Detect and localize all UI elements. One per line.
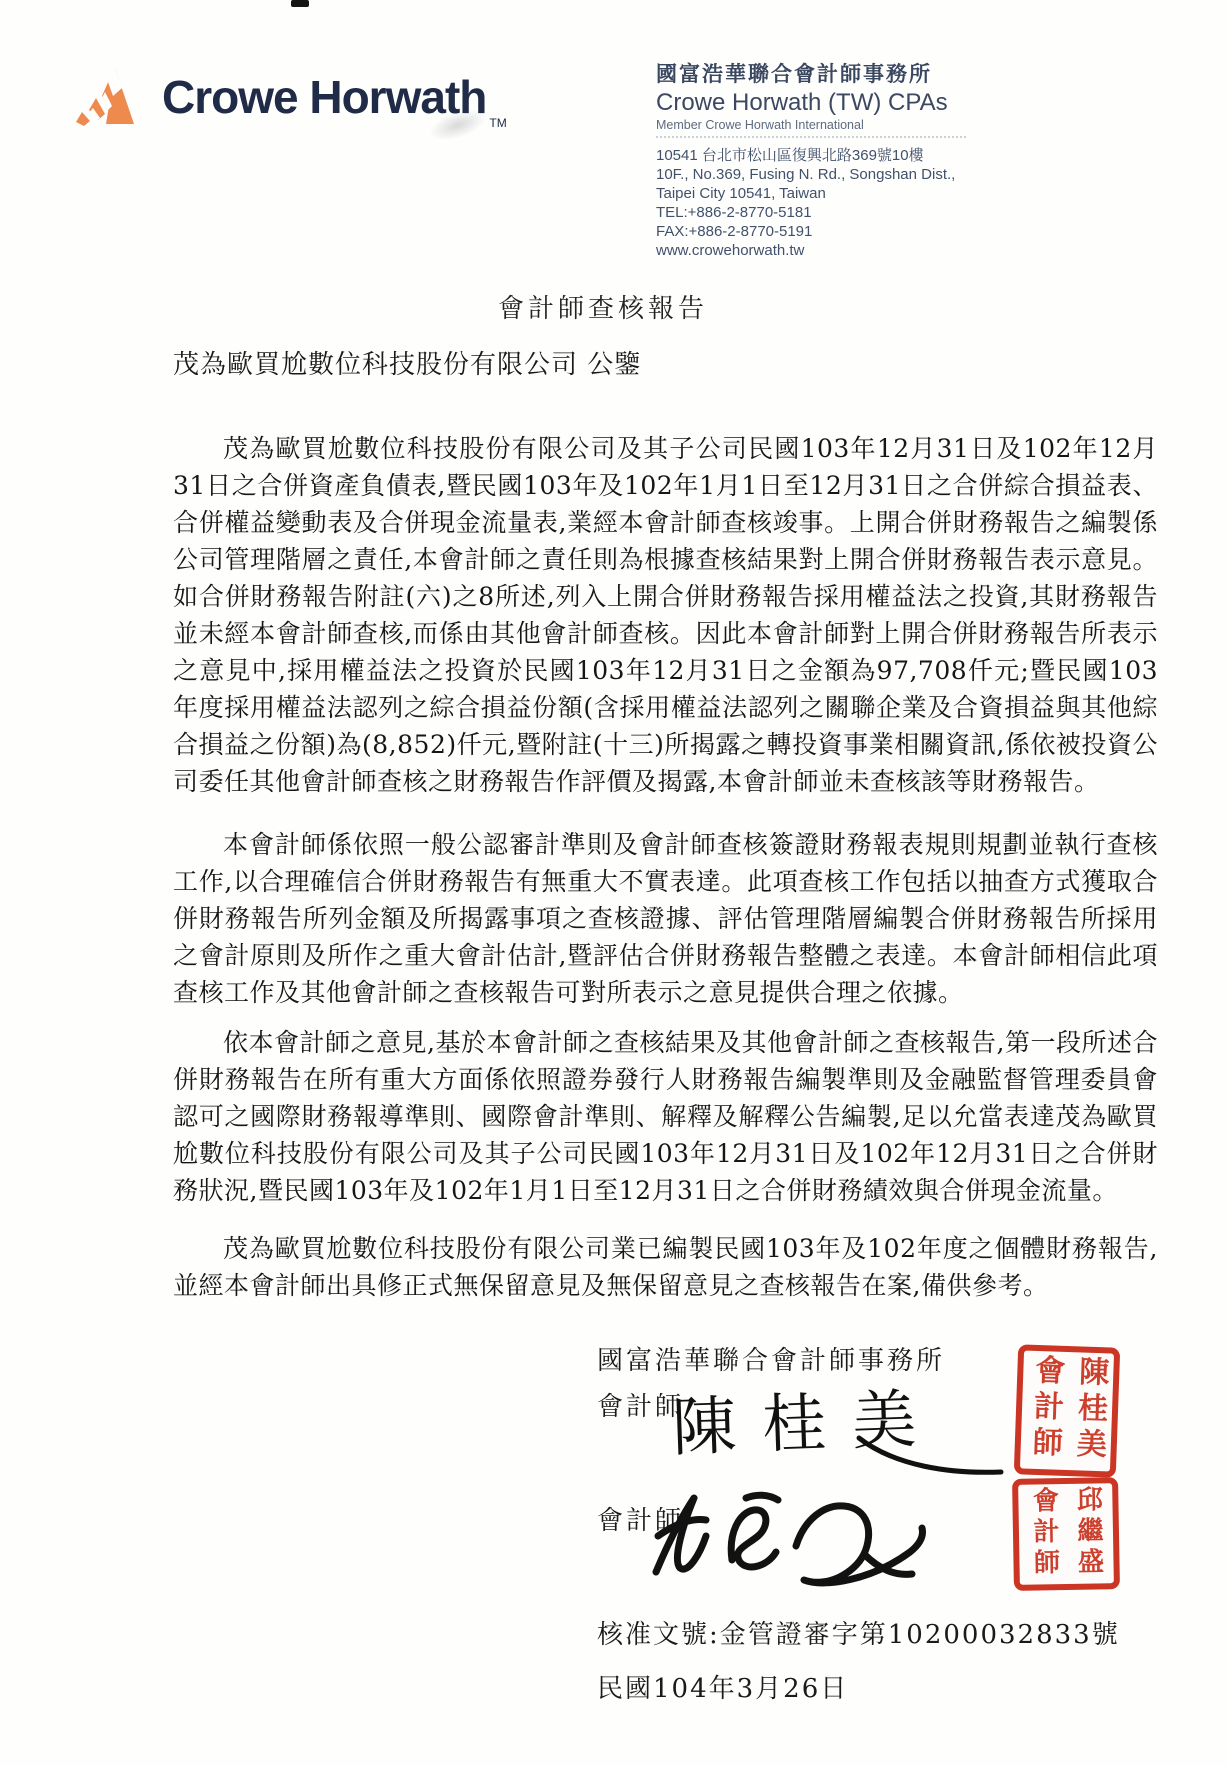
firm-name-en: Crowe Horwath (TW) CPAs xyxy=(656,89,966,117)
paragraph-scope-and-responsibility: 茂為歐買尬數位科技股份有限公司及其子公司民國103年12月31日及102年12月… xyxy=(173,430,1158,800)
tel-line: TEL:+886-2-8770-5181 xyxy=(656,203,966,222)
approval-number-line: 核准文號:金管證審字第10200032833號 xyxy=(597,1614,1120,1651)
paragraph-opinion: 依本會計師之意見,基於本會計師之查核結果及其他會計師之查核報告,第一段所述合併財… xyxy=(173,1024,1158,1209)
cpa-seal-1: 陳桂美會計師 xyxy=(1014,1344,1120,1477)
addressee-line: 茂為歐買尬數位科技股份有限公司 公鑒 xyxy=(173,344,641,381)
audit-report-scan-page: Crowe HorwathTM 國富浩華聯合會計師事務所 Crowe Horwa… xyxy=(0,0,1228,1766)
brand-wordmark: Crowe Horwath xyxy=(162,71,486,123)
address-en-line2: Taipei City 10541, Taiwan xyxy=(656,184,966,203)
paragraph-other-matter: 茂為歐買尬數位科技股份有限公司業已編製民國103年及102年度之個體財務報告,並… xyxy=(173,1230,1158,1304)
mountain-icon xyxy=(72,66,144,128)
scan-artifact-mark xyxy=(291,0,309,7)
cpa-seal-2-text: 邱繼盛會計師 xyxy=(1021,1485,1111,1583)
firm-address: 10541 台北市松山區復興北路369號10樓 10F., No.369, Fu… xyxy=(656,146,966,260)
trademark-symbol: TM xyxy=(489,116,506,130)
paragraph-audit-standards: 本會計師係依照一般公認審計準則及會計師查核簽證財務報表規則規劃並執行查核工作,以… xyxy=(173,826,1158,1011)
letterhead-divider xyxy=(656,136,966,138)
cpa-signature-2-handwriting xyxy=(628,1476,938,1616)
address-zh: 10541 台北市松山區復興北路369號10樓 xyxy=(656,146,966,165)
cpa-seal-1-text: 陳桂美會計師 xyxy=(1021,1353,1113,1468)
signature-1-pen-tail xyxy=(855,1432,1005,1480)
website-line: www.crowehorwath.tw xyxy=(656,241,966,260)
firm-letterhead-block: 國富浩華聯合會計師事務所 Crowe Horwath (TW) CPAs Mem… xyxy=(656,58,966,260)
fax-line: FAX:+886-2-8770-5191 xyxy=(656,222,966,241)
firm-name-zh: 國富浩華聯合會計師事務所 xyxy=(656,58,966,88)
report-title: 會計師查核報告 xyxy=(173,288,1033,325)
cpa-seal-2: 邱繼盛會計師 xyxy=(1012,1477,1120,1591)
report-date-line: 民國104年3月26日 xyxy=(597,1668,848,1705)
address-en-line1: 10F., No.369, Fusing N. Rd., Songshan Di… xyxy=(656,165,966,184)
crowe-horwath-logo: Crowe HorwathTM xyxy=(72,66,507,130)
member-line: Member Crowe Horwath International xyxy=(656,118,966,132)
